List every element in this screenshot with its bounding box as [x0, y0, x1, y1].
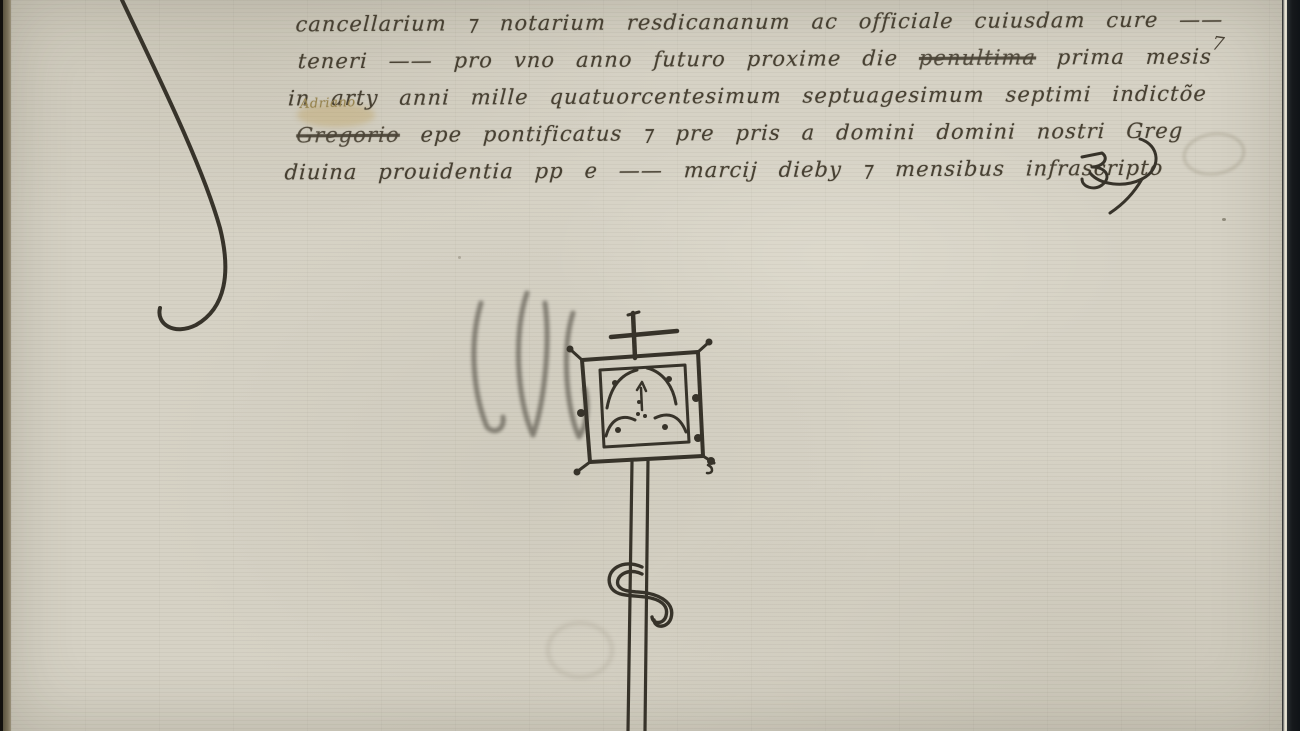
manuscript-word: mensibus	[894, 151, 1006, 189]
manuscript-word: ⁊	[467, 5, 480, 42]
manuscript-word: mille	[470, 79, 530, 116]
manuscript-word: domini	[936, 114, 1017, 151]
manuscript-line: in arty anni mille quatuorcentesimum sep…	[287, 76, 1189, 118]
manuscript-line: diuina prouidentia pp e —— marcij dieby …	[284, 150, 1186, 192]
manuscript-word: diuina	[284, 154, 359, 191]
manuscript-word: domini	[835, 114, 916, 151]
manuscript-word: teneri ——	[297, 43, 434, 81]
scan-right-dark-background	[1287, 0, 1300, 731]
manuscript-word: quatuorcentesimum	[549, 78, 783, 116]
manuscript-word: marcij	[683, 152, 759, 189]
struck-word: Gregorio	[295, 117, 400, 155]
scan-left-binding-edge	[3, 0, 11, 731]
manuscript-word: dieby	[778, 151, 843, 188]
manuscript-word: mesis	[1145, 39, 1213, 76]
manuscript-word: prouidentia	[377, 153, 514, 191]
manuscript-word: ⁊	[642, 115, 655, 152]
interlinear-correction: Adriano	[300, 95, 356, 112]
manuscript-word: septimi	[1005, 76, 1093, 113]
manuscript-word: a	[801, 115, 816, 152]
manuscript-word: pro	[453, 42, 494, 79]
manuscript-word: proxime	[746, 40, 842, 78]
manuscript-word: cure ——	[1105, 1, 1224, 39]
pen-flourish-stroke	[90, 0, 260, 345]
manuscript-word: e ——	[584, 152, 664, 189]
manuscript-word: officiale	[858, 3, 955, 41]
manuscript-word: anni	[398, 80, 450, 117]
manuscript-word: pre	[675, 115, 716, 152]
manuscript-line: teneri —— pro vno anno futuro proxime di…	[297, 39, 1191, 81]
manuscript-word: ⁊	[862, 151, 875, 188]
notary-sign-drawing	[565, 310, 715, 731]
manuscript-word: cancellarium	[295, 6, 448, 44]
manuscript-word: die	[861, 40, 899, 77]
manuscript-word: pp	[534, 153, 565, 190]
ink-speck	[1222, 218, 1226, 221]
manuscript-word: vno	[513, 42, 556, 79]
manuscript-word: resdicananum	[626, 4, 792, 42]
manuscript-word: cuiusdam	[974, 2, 1087, 40]
manuscript-text-block: cancellarium ⁊ notarium resdicananum ac …	[284, 2, 1193, 192]
manuscript-word: futuro	[653, 41, 727, 78]
manuscript-word: indictõe	[1112, 76, 1208, 114]
manuscript-line: cancellarium ⁊ notarium resdicananum ac …	[295, 2, 1193, 44]
manuscript-word: pris	[735, 115, 782, 152]
manuscript-page-scan: cancellarium ⁊ notarium resdicananum ac …	[0, 0, 1300, 731]
manuscript-word: anno	[575, 42, 633, 79]
manuscript-word: septuagesimum	[802, 77, 986, 115]
ink-speck	[458, 256, 461, 259]
manuscript-word: epe	[420, 116, 463, 153]
manuscript-word: notarium	[499, 5, 607, 43]
manuscript-word: prima	[1056, 39, 1126, 76]
notary-paraph-flourish	[1078, 135, 1178, 220]
manuscript-word: ac	[811, 3, 839, 40]
manuscript-word: pontificatus	[482, 116, 623, 154]
manuscript-line: Gregorio epe pontificatus ⁊ pre pris a d…	[295, 113, 1187, 155]
struck-word: penultima	[918, 39, 1037, 77]
